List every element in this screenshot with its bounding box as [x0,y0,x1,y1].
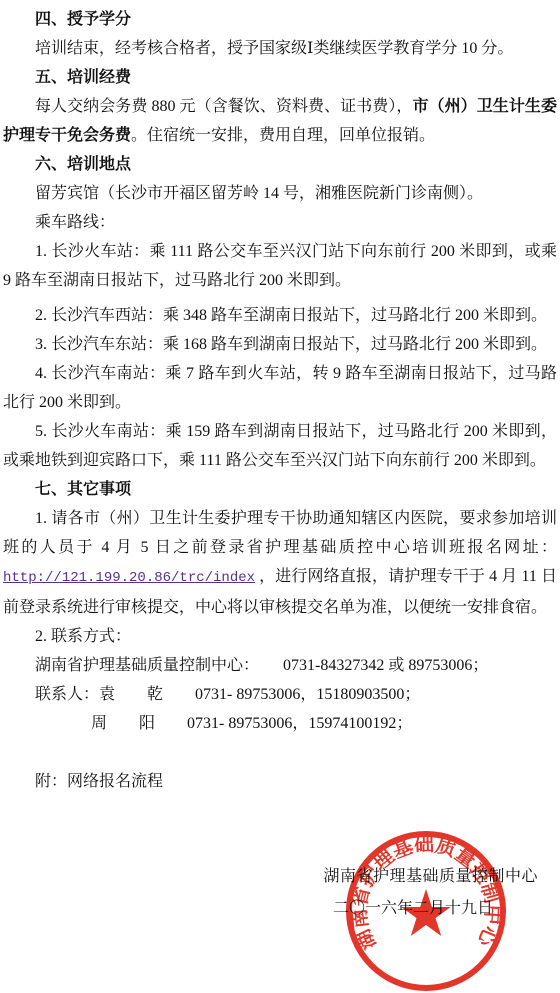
paragraph-registration: 1. 请各市（州）卫生计生委护理专干协助通知辖区内医院，要求参加培训班的人员于 … [3,504,557,622]
route-item: 1. 长沙火车站：乘 111 路公交车至兴汉门站下向东前行 200 米即到，或乘… [3,237,557,295]
document-page: 四、授予学分 培训结束，经考核合格者，授予国家级Ⅰ类继续医学教育学分 10 分。… [0,0,560,796]
registration-text-pre: 1. 请各市（州）卫生计生委护理专干协助通知辖区内医院，要求参加培训班的人员于 … [3,510,557,556]
paragraph-contact-center: 湖南省护理基础质量控制中心： 0731-84327342 或 89753006； [3,651,557,680]
section-heading-other: 七、其它事项 [3,475,557,504]
signature-area: 湖南省护理基础质量控制中心 二〇一六年二月十九日 湖南省护理基础质量控制中心 [0,794,560,993]
paragraph-routes-label: 乘车路线： [3,208,557,237]
route-item: 2. 长沙汽车西站：乘 348 路车至湖南日报站下，过马路北行 200 米即到。 [3,301,557,330]
paragraph-credits: 培训结束，经考核合格者，授予国家级Ⅰ类继续医学教育学分 10 分。 [3,34,557,63]
section-heading-credits: 四、授予学分 [3,5,557,34]
paragraph-fees: 每人交纳会务费 880 元（含餐饮、资料费、证书费），市（州）卫生计生委护理专干… [3,92,557,150]
paragraph-attachment: 附：网络报名流程 [3,767,557,796]
section-heading-location: 六、培训地点 [3,150,557,179]
fees-text-post: 。住宿统一安排，费用自理，回单位报销。 [131,127,435,144]
paragraph-contact-zhou: 周 阳 0731- 89753006，15974100192； [3,709,557,738]
paragraph-contact-yuan: 联系人：袁 乾 0731- 89753006，15180903500； [3,680,557,709]
route-item: 4. 长沙汽车南站：乘 7 路车到火车站，转 9 路车至湖南日报站下，过马路北行… [3,359,557,417]
paragraph-venue: 留芳宾馆（长沙市开福区留芳岭 14 号，湘雅医院新门诊南侧）。 [3,179,557,208]
fees-text-pre: 每人交纳会务费 880 元（含餐饮、资料费、证书费）， [35,98,412,115]
route-item: 5. 长沙火车南站：乘 159 路车到湖南日报站下，过马路北行 200 米即到，… [3,417,557,475]
section-heading-fees: 五、培训经费 [3,63,557,92]
paragraph-contact-label: 2. 联系方式： [3,622,557,651]
official-seal: 湖南省护理基础质量控制中心 [342,827,510,993]
seal-star-icon [401,889,450,936]
registration-url-link[interactable]: http://121.199.20.86/trc/index [3,570,255,586]
route-item: 3. 长沙汽车东站：乘 168 路车到湖南日报站下，过马路北行 200 米即到。 [3,330,557,359]
